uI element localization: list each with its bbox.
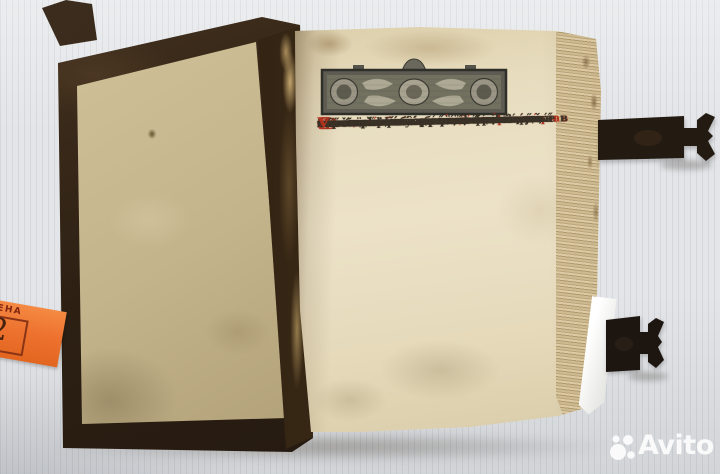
photo-antique-book: Ѡглавле́нїе настоѧ́щїѧ сеѧ̀ сты́ѧ глави … xyxy=(0,0,720,474)
engraved-headpiece-ornament xyxy=(320,56,508,116)
leather-clasp-top xyxy=(598,108,720,166)
catchword: д xyxy=(419,114,427,129)
rubricated-initial: У xyxy=(317,116,331,132)
avito-watermark: Avito xyxy=(606,427,720,469)
avito-logo-icon xyxy=(606,429,642,467)
corner-mark: а́ xyxy=(389,114,396,129)
price-sticker-value: 2 xyxy=(0,312,11,348)
leather-clasp-bottom xyxy=(606,314,670,376)
avito-watermark-text: Avito xyxy=(638,430,714,461)
